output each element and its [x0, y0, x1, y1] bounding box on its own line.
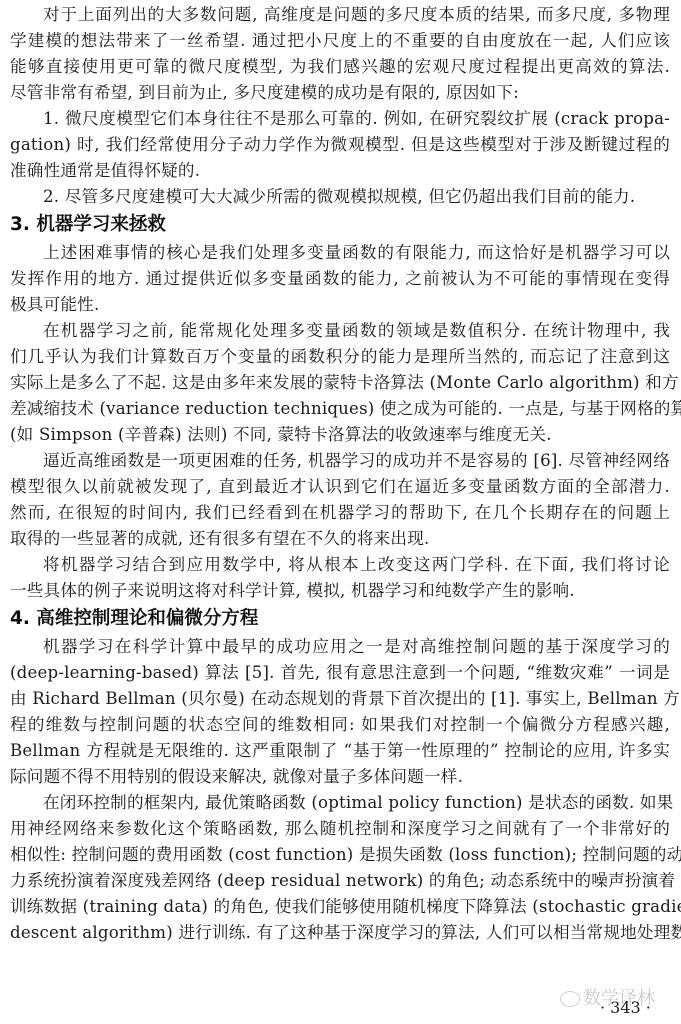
section-3-heading: 3. 机器学习来拯救: [10, 210, 670, 240]
text-line: 由 Richard Bellman (贝尔曼) 在动态规划的背景下首次提出的 […: [10, 686, 670, 712]
text-line: 上述困难事情的核心是我们处理多变量函数的有限能力, 而这恰好是机器学习可以: [10, 240, 670, 266]
text-line: Bellman 方程就是无限维的. 这严重限制了 “基于第一性原理的” 控制论的…: [10, 738, 670, 764]
text-line: (deep-learning-based) 算法 [5]. 首先, 很有意思注意…: [10, 660, 670, 686]
text-line: 2. 尽管多尺度建模可大大减少所需的微观模拟规模, 但它仍超出我们目前的能力.: [10, 184, 670, 210]
text-line: descent algorithm) 进行训练. 有了这种基于深度学习的算法, …: [10, 920, 670, 946]
text-line: 逼近高维函数是一项更困难的任务, 机器学习的成功并不是容易的 [6]. 尽管神经…: [10, 448, 670, 474]
chat-bubble-icon: [560, 991, 580, 1007]
text-line: 在闭环控制的框架内, 最优策略函数 (optimal policy functi…: [10, 790, 670, 816]
section-4-heading: 4. 高维控制理论和偏微分方程: [10, 604, 670, 634]
text-line: 学建模的想法带来了一丝希望. 通过把小尺度上的不重要的自由度放在一起, 人们应该: [10, 28, 670, 54]
document-page: 对于上面列出的大多数问题, 高维度是问题的多尺度本质的结果, 而多尺度, 多物理…: [10, 2, 670, 946]
text-line: 极具可能性.: [10, 292, 670, 318]
text-line: 实际上是多么了不起. 这是由多年来发展的蒙特卡洛算法 (Monte Carlo …: [10, 370, 670, 396]
list-item-1: 1. 微尺度模型它们本身往往不是那么可靠的. 例如, 在研究裂纹扩展 (crac…: [10, 106, 670, 184]
text-line: (如 Simpson (辛普森) 法则) 不同, 蒙特卡洛算法的收敛速率与维度无…: [10, 422, 670, 448]
list-item-2: 2. 尽管多尺度建模可大大减少所需的微观模拟规模, 但它仍超出我们目前的能力.: [10, 184, 670, 210]
section-3-paragraph-4: 将机器学习结合到应用数学中, 将从根本上改变这两门学科. 在下面, 我们将讨论 …: [10, 552, 670, 604]
text-line: 准确性通常是值得怀疑的.: [10, 158, 670, 184]
text-line: 用神经网络来参数化这个策略函数, 那么随机控制和深度学习之间就有了一个非常好的: [10, 816, 670, 842]
section-3-paragraph-2: 在机器学习之前, 能常规化处理多变量函数的领域是数值积分. 在统计物理中, 我 …: [10, 318, 670, 448]
text-line: 相似性: 控制问题的费用函数 (cost function) 是损失函数 (lo…: [10, 842, 670, 868]
text-line: 1. 微尺度模型它们本身往往不是那么可靠的. 例如, 在研究裂纹扩展 (crac…: [10, 106, 670, 132]
text-line: 训练数据 (training data) 的角色, 使我们能够使用随机梯度下降算…: [10, 894, 670, 920]
text-line: 然而, 在很短的时间内, 我们已经看到在机器学习的帮助下, 在几个长期存在的问题…: [10, 500, 670, 526]
text-line: 能够直接使用更可靠的微尺度模型, 为我们感兴趣的宏观尺度过程提出更高效的算法.: [10, 54, 670, 80]
text-line: 将机器学习结合到应用数学中, 将从根本上改变这两门学科. 在下面, 我们将讨论: [10, 552, 670, 578]
text-line: 差减缩技术 (variance reduction techniques) 使之…: [10, 396, 670, 422]
section-3-paragraph-3: 逼近高维函数是一项更困难的任务, 机器学习的成功并不是容易的 [6]. 尽管神经…: [10, 448, 670, 552]
text-line: 程的维数与控制问题的状态空间的维数相同: 如果我们对控制一个偏微分方程感兴趣,: [10, 712, 670, 738]
text-line: 际问题不得不用特别的假设来解决, 就像对量子多体问题一样.: [10, 764, 670, 790]
page-number: · 343 ·: [600, 998, 651, 1017]
text-line: 模型很久以前就被发现了, 直到最近才认识到它们在逼近多变量函数方面的全部潜力.: [10, 474, 670, 500]
text-line: 取得的一些显著的成就, 还有很多有望在不久的将来出现.: [10, 526, 670, 552]
section-3-paragraph-1: 上述困难事情的核心是我们处理多变量函数的有限能力, 而这恰好是机器学习可以 发挥…: [10, 240, 670, 318]
text-line: 发挥作用的地方. 通过提供近似多变量函数的能力, 之前被认为不可能的事情现在变得: [10, 266, 670, 292]
section-4-paragraph-1: 机器学习在科学计算中最早的成功应用之一是对高维控制问题的基于深度学习的 (dee…: [10, 634, 670, 790]
text-line: 在机器学习之前, 能常规化处理多变量函数的领域是数值积分. 在统计物理中, 我: [10, 318, 670, 344]
section-4-paragraph-2: 在闭环控制的框架内, 最优策略函数 (optimal policy functi…: [10, 790, 670, 946]
text-line: 对于上面列出的大多数问题, 高维度是问题的多尺度本质的结果, 而多尺度, 多物理: [10, 2, 670, 28]
text-line: 们几乎认为我们计算数百万个变量的函数积分的能力是理所当然的, 而忘记了注意到这: [10, 344, 670, 370]
text-line: gation) 时, 我们经常使用分子动力学作为微观模型. 但是这些模型对于涉及…: [10, 132, 670, 158]
text-line: 力系统扮演着深度残差网络 (deep residual network) 的角色…: [10, 868, 670, 894]
text-line: 尽管非常有希望, 到目前为止, 多尺度建模的成功是有限的, 原因如下:: [10, 80, 670, 106]
text-line: 机器学习在科学计算中最早的成功应用之一是对高维控制问题的基于深度学习的: [10, 634, 670, 660]
paragraph-multiscale-intro: 对于上面列出的大多数问题, 高维度是问题的多尺度本质的结果, 而多尺度, 多物理…: [10, 2, 670, 106]
text-line: 一些具体的例子来说明这将对科学计算, 模拟, 机器学习和纯数学产生的影响.: [10, 578, 670, 604]
